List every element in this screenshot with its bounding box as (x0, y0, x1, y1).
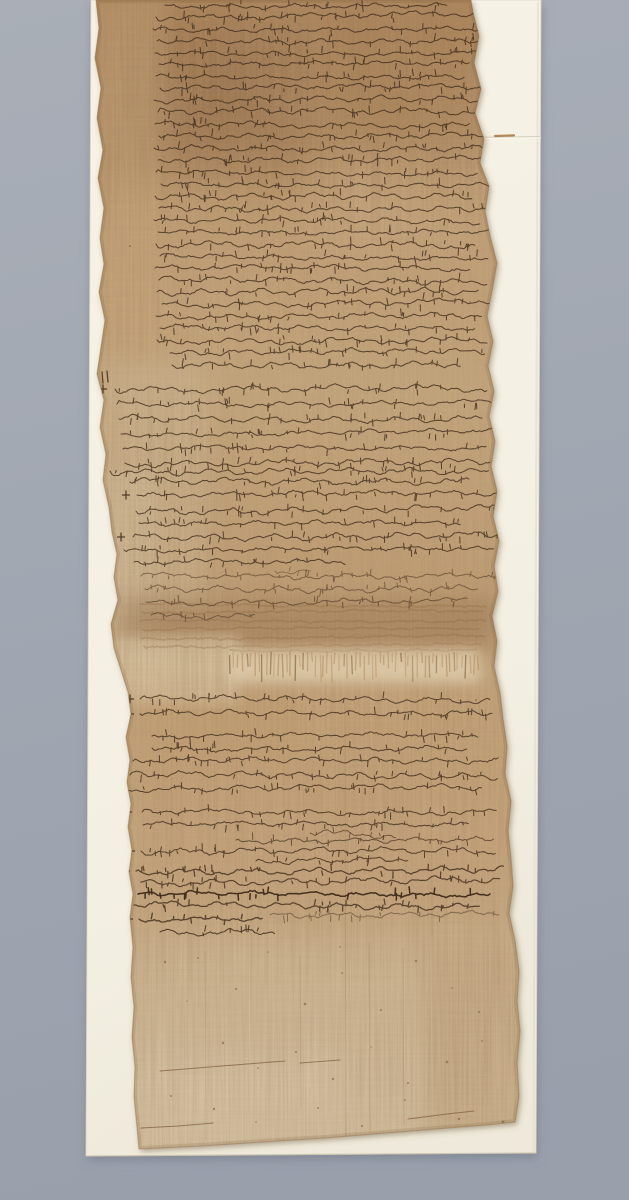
papyrus-photo-svg (0, 0, 629, 1200)
papyrus-texture-and-damage (86, 0, 531, 1160)
papyrus-photo-scene (0, 0, 629, 1200)
papyrus-sheet (86, 0, 531, 1160)
